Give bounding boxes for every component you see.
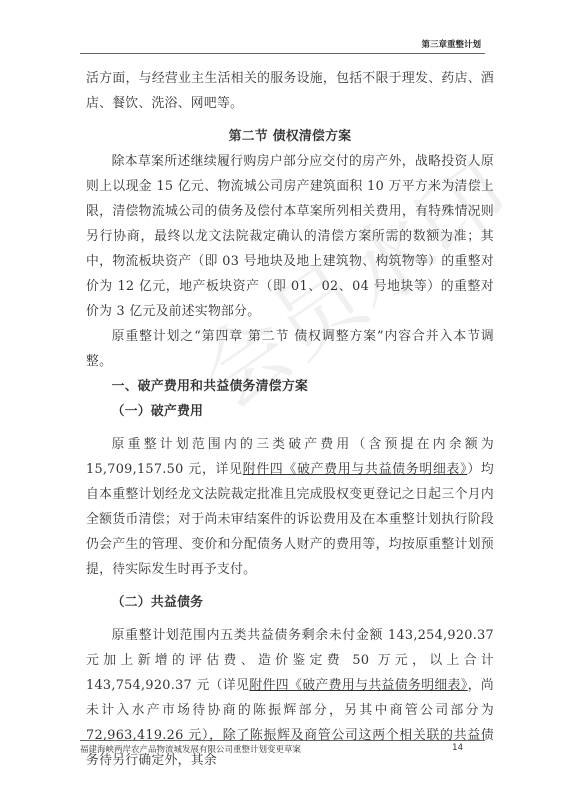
section-title: 第二节 债权清偿方案 [86,124,494,149]
paragraph-bankruptcy-fees: 原重整计划范围内的三类破产费用（含预提在内余额为 15,709,157.50 元… [86,432,494,582]
page-header: 第三章重整计划 [80,38,485,54]
document-title: 福建海峡两岸农产品物流城发展有限公司重整计划变更草案 [80,743,301,755]
text: ）均自本重整计划经龙文法院裁定批准且完成股权变更登记之日起三个月内全额货币清偿；… [86,462,494,577]
paragraph-settlement-plan: 除本草案所述继续履行购房户部分应交付的房产外，战略投资人原则上以现金 15 亿元… [86,149,494,324]
paragraph-continuation: 活方面，与经营业主生活相关的服务设施，包括不限于理发、药店、酒店、餐饮、洗浴、网… [86,66,494,116]
heading-level1: 一、破产费用和共益债务清偿方案 [86,374,494,399]
chapter-title: 第三章重整计划 [421,38,481,50]
paragraph-merge-note: 原重整计划之“第四章 第二节 债权调整方案”内容合并入本节调整。 [86,324,494,374]
document-body: 活方面，与经营业主生活相关的服务设施，包括不限于理发、药店、酒店、餐饮、洗浴、网… [86,66,494,773]
heading-bankruptcy-fees: （一）破产费用 [86,399,494,424]
page-footer: 福建海峡两岸农产品物流城发展有限公司重整计划变更草案 14 [80,740,485,755]
heading-common-debts: （二）共益债务 [86,590,494,615]
page-number: 14 [452,743,485,753]
appendix-link[interactable]: 附件四《破产费用与共益债务明细表》 [249,678,467,693]
appendix-link[interactable]: 附件四《破产费用与共益债务明细表》 [243,462,468,477]
